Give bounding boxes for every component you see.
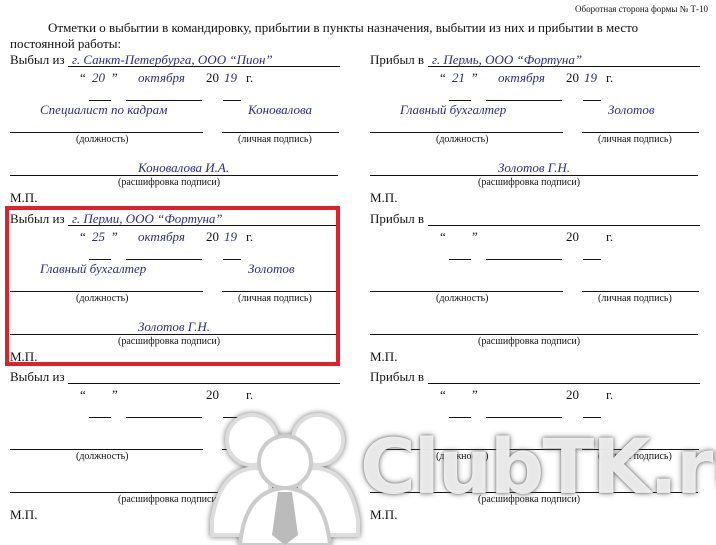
signature-caption: (личная подпись): [598, 293, 672, 304]
position-line: [10, 449, 203, 450]
day-field[interactable]: 21: [452, 70, 465, 86]
century-label: 20: [566, 229, 579, 245]
quote-close: ”: [112, 387, 118, 403]
century-label: 20: [206, 387, 219, 403]
decoding-line: [370, 175, 698, 176]
day-underline: [89, 100, 111, 101]
signature-caption: (личная подпись): [598, 451, 672, 462]
year-suffix: г.: [246, 70, 253, 86]
day-underline: [449, 259, 471, 260]
place-field[interactable]: г. Санкт-Петербурга, ООО “Пион”: [72, 52, 273, 68]
signature-field[interactable]: Золотов: [608, 102, 654, 118]
stamp-label: М.П.: [370, 190, 397, 206]
decoding-field[interactable]: Золотов Г.Н.: [498, 160, 570, 176]
quote-close: ”: [472, 229, 478, 245]
day-underline: [89, 417, 111, 418]
quote-open: “: [440, 387, 446, 403]
year-field[interactable]: 19: [224, 70, 237, 86]
arrived-to-label: Прибыл в: [370, 369, 424, 385]
quote-close: ”: [472, 387, 478, 403]
year-underline: [583, 259, 601, 260]
place-field-line: [428, 383, 700, 384]
intro-text-line2: постоянной работы:: [10, 36, 121, 52]
century-label: 20: [566, 387, 579, 403]
place-field[interactable]: г. Пермь, ООО “Фортуна”: [432, 52, 582, 68]
position-caption: (должность): [436, 451, 489, 462]
month-field[interactable]: октября: [498, 70, 545, 86]
stamp-label: М.П.: [10, 190, 37, 206]
year-field[interactable]: 19: [584, 70, 597, 86]
quote-close: ”: [112, 70, 118, 86]
highlight-frame: [5, 206, 340, 366]
position-line: [370, 132, 563, 133]
position-caption: (должность): [76, 451, 129, 462]
form-side-label: Оборотная сторона формы № Т-10: [575, 4, 708, 14]
decoding-caption: (расшифровка подписи): [478, 494, 580, 505]
decoding-line: [370, 334, 698, 335]
position-field[interactable]: Главный бухгалтер: [400, 102, 506, 118]
year-underline: [583, 100, 601, 101]
century-label: 20: [566, 70, 579, 86]
quote-open: “: [80, 70, 86, 86]
century-label: 20: [206, 70, 219, 86]
watermark: ClubTK.ru: [210, 410, 716, 545]
signature-field[interactable]: Коновалова: [248, 102, 312, 118]
stamp-label: М.П.: [370, 349, 397, 365]
month-underline: [126, 417, 202, 418]
signature-line: [582, 132, 699, 133]
departed-from-label: Выбыл из: [10, 52, 65, 68]
signature-line: [582, 291, 699, 292]
year-suffix: г.: [606, 229, 613, 245]
stamp-label: М.П.: [10, 507, 37, 523]
position-line: [10, 132, 203, 133]
intro-text-line1: Отметки о выбытии в командировку, прибыт…: [48, 20, 638, 36]
quote-open: “: [440, 70, 446, 86]
position-caption: (должность): [436, 293, 489, 304]
position-caption: (должность): [436, 134, 489, 145]
decoding-caption: (расшифровка подписи): [118, 177, 220, 188]
position-line: [370, 291, 563, 292]
month-field[interactable]: октября: [138, 70, 185, 86]
decoding-field[interactable]: Коновалова И.А.: [138, 160, 229, 176]
signature-line: [582, 449, 699, 450]
day-field[interactable]: 20: [92, 70, 105, 86]
signature-caption: (личная подпись): [598, 134, 672, 145]
place-field-line: [68, 383, 340, 384]
year-underline: [223, 100, 241, 101]
people-group-icon: [210, 410, 360, 545]
year-suffix: г.: [606, 387, 613, 403]
month-underline: [126, 100, 202, 101]
quote-open: “: [440, 229, 446, 245]
quote-close: ”: [472, 70, 478, 86]
year-underline: [583, 417, 601, 418]
year-suffix: г.: [606, 70, 613, 86]
quote-open: “: [80, 387, 86, 403]
day-underline: [449, 100, 471, 101]
month-underline: [486, 259, 562, 260]
decoding-caption: (расшифровка подписи): [478, 336, 580, 347]
month-underline: [486, 417, 562, 418]
position-line: [370, 449, 563, 450]
place-field-line: [428, 225, 700, 226]
decoding-caption: (расшифровка подписи): [118, 494, 220, 505]
arrived-to-label: Прибыл в: [370, 52, 424, 68]
decoding-line: [10, 492, 338, 493]
departed-from-label: Выбыл из: [10, 369, 65, 385]
signature-caption: (личная подпись): [238, 451, 312, 462]
year-underline: [223, 417, 241, 418]
decoding-line: [10, 175, 338, 176]
stamp-label: М.П.: [370, 507, 397, 523]
month-underline: [486, 100, 562, 101]
decoding-line: [370, 492, 698, 493]
year-suffix: г.: [246, 387, 253, 403]
arrived-to-label: Прибыл в: [370, 211, 424, 227]
signature-caption: (личная подпись): [238, 134, 312, 145]
position-caption: (должность): [76, 134, 129, 145]
signature-line: [222, 449, 339, 450]
signature-line: [222, 132, 339, 133]
day-underline: [449, 417, 471, 418]
position-field[interactable]: Специалист по кадрам: [40, 102, 167, 118]
decoding-caption: (расшифровка подписи): [478, 177, 580, 188]
